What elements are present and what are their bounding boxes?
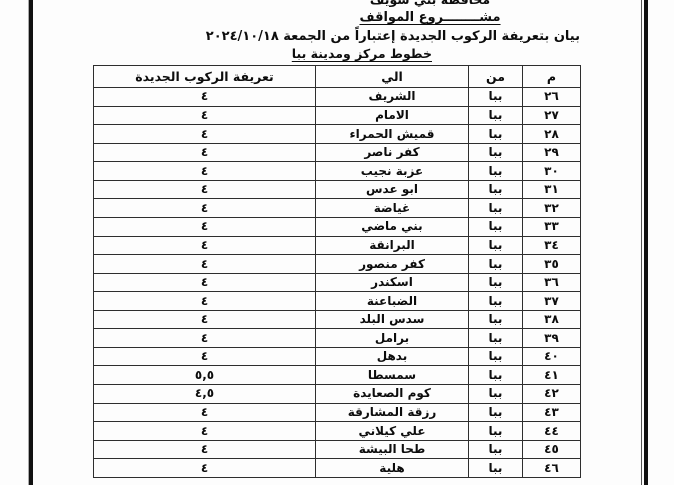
row-serial: ٣٤ xyxy=(523,236,581,255)
row-serial: ٣٦ xyxy=(523,273,581,292)
page-border-right-thin xyxy=(641,0,642,485)
row-from: ببا xyxy=(469,403,523,422)
row-to: كفر ناصر xyxy=(316,143,469,162)
col-header-tariff: تعريفة الركوب الجديدة xyxy=(94,66,316,88)
scanned-tariff-document: { "header": { "governorate": "محافظة بني… xyxy=(0,0,674,485)
tariff-table: م من الي تعريفة الركوب الجديدة ٢٦بباالشر… xyxy=(93,65,581,478)
row-serial: ٢٩ xyxy=(523,143,581,162)
row-to: اسكندر xyxy=(316,273,469,292)
row-to: هلية xyxy=(316,459,469,478)
row-tariff: ٤ xyxy=(94,459,316,478)
row-tariff: ٤ xyxy=(94,310,316,329)
row-tariff: ٤,٥ xyxy=(94,385,316,404)
row-tariff: ٤ xyxy=(94,292,316,311)
row-from: ببا xyxy=(469,273,523,292)
row-to: سمسطا xyxy=(316,366,469,385)
row-serial: ٣١ xyxy=(523,180,581,199)
row-from: ببا xyxy=(469,106,523,125)
table-row: ٢٨بباقميش الحمراء٤ xyxy=(94,125,581,144)
row-from: ببا xyxy=(469,422,523,441)
table-row: ٤٥بباطحا البيشة٤ xyxy=(94,440,581,459)
row-to: بدهل xyxy=(316,347,469,366)
table-row: ٣٩ببابرامل٤ xyxy=(94,329,581,348)
project-title: مشــــــــروع المواقف xyxy=(350,10,510,25)
row-from: ببا xyxy=(469,125,523,144)
row-tariff: ٤ xyxy=(94,180,316,199)
table-row: ٣٦ببااسكندر٤ xyxy=(94,273,581,292)
row-from: ببا xyxy=(469,310,523,329)
row-tariff: ٤ xyxy=(94,236,316,255)
table-row: ٣٨بباسدس البلد٤ xyxy=(94,310,581,329)
table-row: ٣٠بباعزبة نجيب٤ xyxy=(94,162,581,181)
row-serial: ٤٠ xyxy=(523,347,581,366)
row-from: ببا xyxy=(469,180,523,199)
row-from: ببا xyxy=(469,88,523,107)
row-to: كوم الصعايدة xyxy=(316,385,469,404)
row-from: ببا xyxy=(469,347,523,366)
row-from: ببا xyxy=(469,143,523,162)
row-tariff: ٤ xyxy=(94,273,316,292)
tariff-statement-title: بيان بتعريفة الركوب الجديدة إعتباراً من … xyxy=(210,29,580,44)
row-tariff: ٤ xyxy=(94,403,316,422)
row-tariff: ٤ xyxy=(94,162,316,181)
row-from: ببا xyxy=(469,329,523,348)
row-serial: ٣٢ xyxy=(523,199,581,218)
row-to: بني ماضي xyxy=(316,217,469,236)
row-tariff: ٤ xyxy=(94,347,316,366)
row-from: ببا xyxy=(469,199,523,218)
row-serial: ٤٤ xyxy=(523,422,581,441)
table-body: ٢٦بباالشريف٤٢٧بباالامام٤٢٨بباقميش الحمرا… xyxy=(94,88,581,478)
row-to: قميش الحمراء xyxy=(316,125,469,144)
table-row: ٤٦بباهلية٤ xyxy=(94,459,581,478)
row-tariff: ٤ xyxy=(94,199,316,218)
row-serial: ٤٦ xyxy=(523,459,581,478)
table-row: ٣٥بباكفر منصور٤ xyxy=(94,255,581,274)
row-to: رزقة المشارقة xyxy=(316,403,469,422)
row-to: كفر منصور xyxy=(316,255,469,274)
row-to: عزبة نجيب xyxy=(316,162,469,181)
row-to: علي كيلاني xyxy=(316,422,469,441)
row-serial: ٣٨ xyxy=(523,310,581,329)
lines-subtitle: خطوط مركز ومدينة ببا xyxy=(292,46,432,61)
row-to: الامام xyxy=(316,106,469,125)
row-from: ببا xyxy=(469,440,523,459)
table-row: ٤٣ببارزقة المشارقة٤ xyxy=(94,403,581,422)
row-from: ببا xyxy=(469,292,523,311)
table-row: ٢٧بباالامام٤ xyxy=(94,106,581,125)
row-to: برامل xyxy=(316,329,469,348)
row-serial: ٤٣ xyxy=(523,403,581,422)
row-serial: ٣٩ xyxy=(523,329,581,348)
row-from: ببا xyxy=(469,236,523,255)
row-to: البرانقة xyxy=(316,236,469,255)
row-to: الضباعنة xyxy=(316,292,469,311)
row-tariff: ٤ xyxy=(94,143,316,162)
row-to: غياضة xyxy=(316,199,469,218)
row-tariff: ٤ xyxy=(94,88,316,107)
row-tariff: ٤ xyxy=(94,329,316,348)
row-serial: ٣٣ xyxy=(523,217,581,236)
table-row: ٣٧بباالضباعنة٤ xyxy=(94,292,581,311)
row-tariff: ٤ xyxy=(94,217,316,236)
table-header-row: م من الي تعريفة الركوب الجديدة xyxy=(94,66,581,88)
row-from: ببا xyxy=(469,385,523,404)
table-row: ٣٢بباغياضة٤ xyxy=(94,199,581,218)
row-serial: ٣٥ xyxy=(523,255,581,274)
row-tariff: ٤ xyxy=(94,440,316,459)
row-serial: ٢٦ xyxy=(523,88,581,107)
row-serial: ٤١ xyxy=(523,366,581,385)
page-border-left xyxy=(28,0,33,485)
table-row: ٣٣ببابني ماضي٤ xyxy=(94,217,581,236)
row-serial: ٤٢ xyxy=(523,385,581,404)
row-tariff: ٤ xyxy=(94,125,316,144)
row-tariff: ٤ xyxy=(94,106,316,125)
table-row: ٤٠ببابدهل٤ xyxy=(94,347,581,366)
table-row: ٤٢بباكوم الصعايدة٤,٥ xyxy=(94,385,581,404)
row-serial: ٢٧ xyxy=(523,106,581,125)
table-row: ٣١بباابو عدس٤ xyxy=(94,180,581,199)
row-tariff: ٥,٥ xyxy=(94,366,316,385)
row-to: سدس البلد xyxy=(316,310,469,329)
row-to: طحا البيشة xyxy=(316,440,469,459)
row-serial: ٢٨ xyxy=(523,125,581,144)
row-from: ببا xyxy=(469,255,523,274)
row-from: ببا xyxy=(469,366,523,385)
row-serial: ٣٧ xyxy=(523,292,581,311)
row-to: ابو عدس xyxy=(316,180,469,199)
governorate-title: محافظة بني سويف xyxy=(340,0,520,7)
row-tariff: ٤ xyxy=(94,422,316,441)
col-header-from: من xyxy=(469,66,523,88)
row-from: ببا xyxy=(469,162,523,181)
col-header-serial: م xyxy=(523,66,581,88)
row-to: الشريف xyxy=(316,88,469,107)
table-row: ٤١بباسمسطا٥,٥ xyxy=(94,366,581,385)
col-header-to: الي xyxy=(316,66,469,88)
page-border-right xyxy=(644,0,648,485)
table-row: ٢٩بباكفر ناصر٤ xyxy=(94,143,581,162)
row-serial: ٤٥ xyxy=(523,440,581,459)
row-from: ببا xyxy=(469,217,523,236)
table-row: ٢٦بباالشريف٤ xyxy=(94,88,581,107)
row-from: ببا xyxy=(469,459,523,478)
table-row: ٤٤بباعلي كيلاني٤ xyxy=(94,422,581,441)
row-serial: ٣٠ xyxy=(523,162,581,181)
table-row: ٣٤بباالبرانقة٤ xyxy=(94,236,581,255)
row-tariff: ٤ xyxy=(94,255,316,274)
